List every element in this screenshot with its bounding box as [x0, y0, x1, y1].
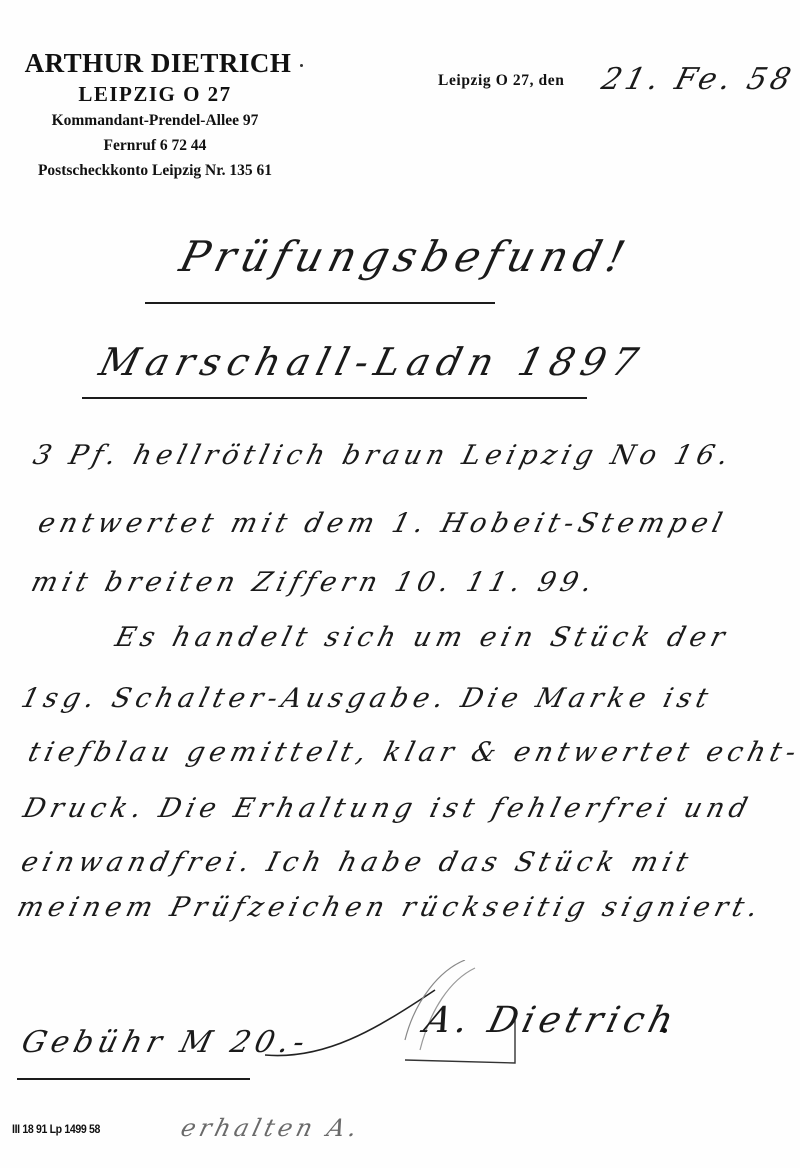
letterhead-postal-account: Postscheckkonto Leipzig Nr. 135 61 [0, 158, 310, 183]
print-code: III 18 91 Lp 1499 58 [12, 1122, 100, 1136]
signature-dot [662, 1028, 667, 1033]
letterhead-dot [300, 64, 303, 67]
body-line: meinem Prüfzeichen rückseitig signiert. [14, 892, 766, 923]
certificate-subject: Marschall-Ladn 1897 [95, 340, 649, 384]
received-note: erhalten A. [178, 1114, 364, 1142]
body-line: 3 Pf. hellrötlich braun Leipzig No 16. [30, 440, 736, 471]
body-line: entwertet mit dem 1. Hobeit-Stempel [35, 508, 730, 539]
body-line: Druck. Die Erhaltung ist fehlerfrei und [20, 793, 755, 824]
subject-underline [82, 397, 587, 399]
body-line: einwandfrei. Ich habe das Stück mit [18, 847, 696, 878]
body-line: tiefblau gemittelt, klar & entwertet ech… [25, 737, 800, 768]
fee-underline [17, 1078, 250, 1080]
body-line: 1sg. Schalter-Ausgabe. Die Marke ist [18, 683, 716, 714]
letterhead-city: LEIPZIG O 27 [0, 80, 310, 108]
signature: A. Dietrich [420, 1000, 682, 1041]
certificate-page: ARTHUR DIETRICH LEIPZIG O 27 Kommandant-… [0, 0, 800, 1168]
letterhead: ARTHUR DIETRICH LEIPZIG O 27 Kommandant-… [0, 48, 310, 183]
body-line: Es handelt sich um ein Stück der [112, 622, 733, 653]
title-underline [145, 302, 495, 304]
body-line: mit breiten Ziffern 10. 11. 99. [28, 567, 600, 598]
fee-note: Gebühr M 20.- [18, 1025, 313, 1060]
certificate-title: Prüfungsbefund! [175, 232, 636, 281]
letterhead-address: Kommandant-Prendel-Allee 97 [0, 108, 310, 133]
dateline-printed: Leipzig O 27, den [438, 72, 564, 90]
handwritten-date: 21. Fe. 58 [598, 62, 798, 97]
letterhead-phone: Fernruf 6 72 44 [0, 133, 310, 158]
letterhead-name: ARTHUR DIETRICH [6, 48, 310, 78]
